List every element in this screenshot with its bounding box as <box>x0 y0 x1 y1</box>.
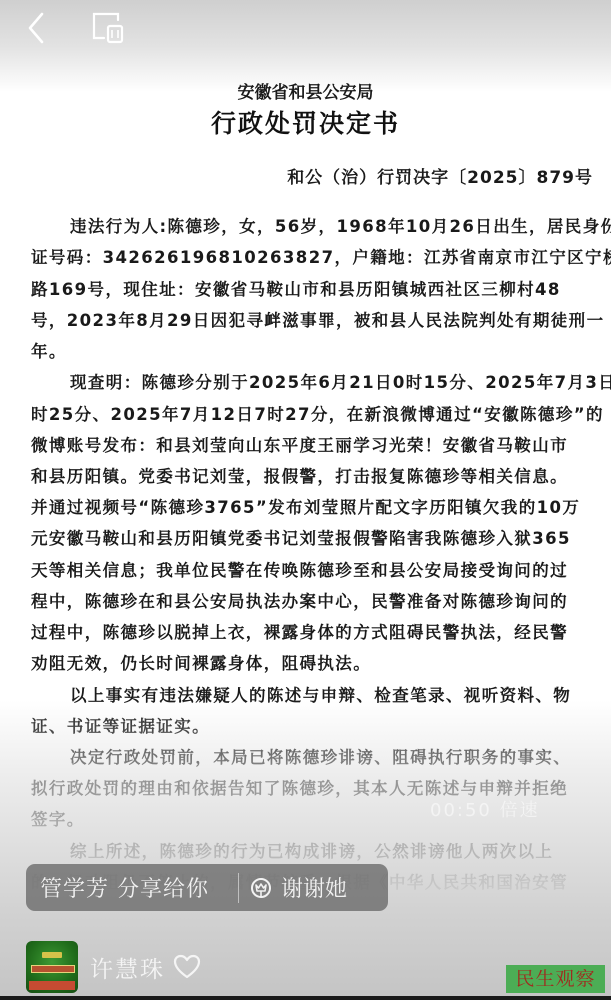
back-button[interactable] <box>22 10 50 46</box>
picture-in-picture-icon <box>90 8 126 46</box>
body-line: 号，2023年8月29日因犯寻衅滋事罪，被和县人民法院判处有期徒刑一 <box>31 311 611 331</box>
author-name[interactable]: 许慧珠 <box>90 951 165 984</box>
body-line: 综上所述，陈德珍的行为已构成诽谤，公然诽谤他人两次以上 <box>70 842 611 862</box>
issuing-organization: 安徽省和县公安局 <box>0 78 611 103</box>
document-title: 行政处罚决定书 <box>0 104 611 140</box>
avatar-decoration <box>42 952 62 958</box>
video-timestamp: 00:50 <box>430 800 492 821</box>
bottom-edge <box>0 996 611 1000</box>
body-line: 以上事实有违法嫌疑人的陈述与申辩、检查笔录、视听资料、物 <box>70 686 611 706</box>
like-button[interactable] <box>173 954 201 980</box>
author-avatar[interactable] <box>26 941 78 993</box>
divider <box>238 873 239 903</box>
share-info-bar: 管学芳 分享给你 谢谢她 <box>26 864 388 911</box>
speed-label: 倍速 <box>500 800 540 821</box>
body-line: 天等相关信息；我单位民警在传唤陈德珍至和县公安局接受询问的过 <box>31 561 611 581</box>
body-line: 和县历阳镇。党委书记刘莹，报假警，打击报复陈德珍等相关信息。 <box>31 467 611 487</box>
thank-her-button[interactable]: 谢谢她 <box>249 872 347 903</box>
body-line: 微博账号发布：和县刘莹向山东平度王丽学习光荣！安徽省马鞍山市 <box>31 436 611 456</box>
body-line: 并通过视频号“陈德珍3765”发布刘莹照片配文字历阳镇欠我的10万 <box>31 498 611 518</box>
video-timestamp-overlay: 00:50 倍速 <box>430 796 540 822</box>
body-line: 年。 <box>31 342 611 362</box>
source-watermark: 民生观察 <box>506 965 605 993</box>
avatar-decoration <box>29 981 75 990</box>
body-line: 决定行政处罚前，本局已将陈德珍诽谤、阻碍执行职务的事实、 <box>70 748 611 768</box>
body-line: 劝阻无效，仍长时间裸露身体，阻碍执法。 <box>31 654 611 674</box>
body-line: 证号码：342626196810263827，户籍地：江苏省南京市江宁区宁桥北 <box>31 248 611 268</box>
body-line: 元安徽马鞍山和县历阳镇党委书记刘莹报假警陷害我陈德珍入狱365 <box>31 529 611 549</box>
body-line: 时25分、2025年7月12日7时27分，在新浪微博通过“安徽陈德珍”的 <box>31 405 611 425</box>
picture-in-picture-button[interactable] <box>90 8 126 46</box>
body-line: 违法行为人:陈德珍，女，56岁，1968年10月26日出生，居民身份 <box>70 217 611 237</box>
thank-her-label: 谢谢她 <box>281 872 347 903</box>
shared-by-text: 管学芳 分享给你 <box>26 872 236 903</box>
heart-outline-icon <box>173 954 201 980</box>
body-line: 路169号，现住址：安徽省马鞍山市和县历阳镇城西社区三柳村48 <box>31 280 611 300</box>
body-line: 证、书证等证据证实。 <box>31 717 611 737</box>
author-row: 许慧珠 <box>26 941 201 993</box>
document-number: 和公（治）行罚决字〔2025〕879号 <box>287 163 593 188</box>
body-line: 过程中，陈德珍以脱掉上衣，裸露身体的方式阻碍民警执法，经民警 <box>31 623 611 643</box>
avatar-decoration <box>31 965 75 973</box>
chevron-left-icon <box>22 10 50 46</box>
flower-icon <box>249 876 273 900</box>
body-line: 现查明：陈德珍分别于2025年6月21日0时15分、2025年7月3日12 <box>70 373 611 393</box>
body-line: 程中，陈德珍在和县公安局执法办案中心，民警准备对陈德珍询问的 <box>31 592 611 612</box>
